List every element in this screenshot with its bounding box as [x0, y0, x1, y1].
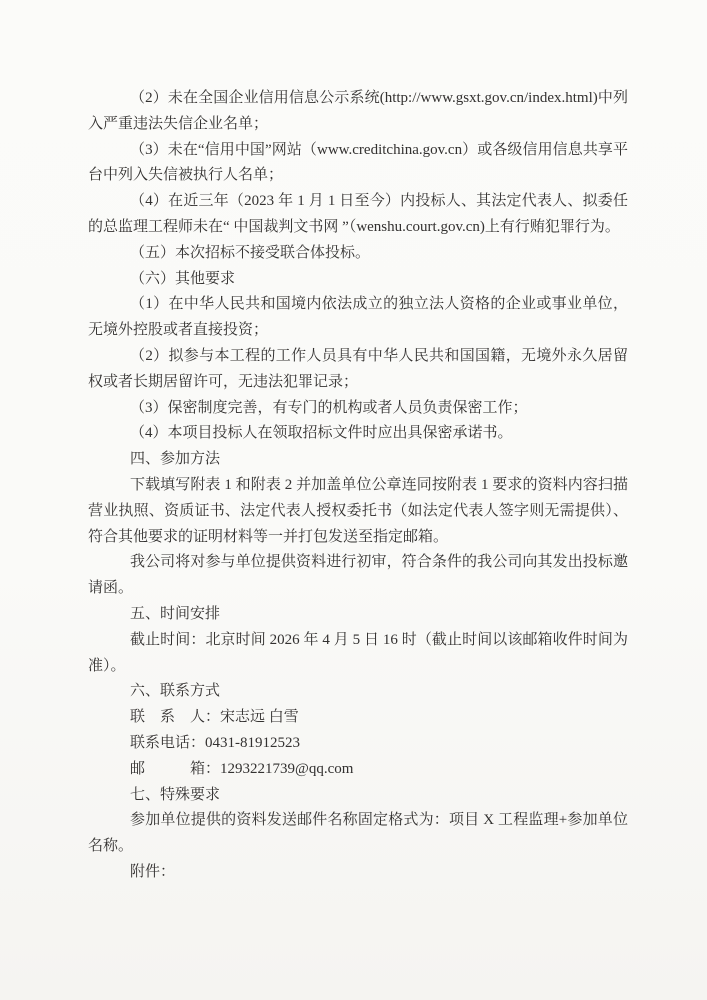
document-page: （2）未在全国企业信用信息公示系统(http://www.gsxt.gov.cn…: [0, 0, 707, 1000]
para-other-req-3-confidentiality-system: （3）保密制度完善，有专门的机构或者人员负责保密工作；: [88, 396, 628, 422]
para-contact-phone: 联系电话：0431-81912523: [88, 731, 628, 757]
heading-section7-special-requirements: 七、特殊要求: [88, 783, 628, 809]
para-participation-method-review: 我公司将对参与单位提供资料进行初审，符合条件的我公司向其发出投标邀请函。: [88, 550, 628, 602]
para-participation-method-materials: 下载填写附表 1 和附表 2 并加盖单位公章连同按附表 1 要求的资料内容扫描营…: [88, 473, 628, 550]
para-other-req-4-confidentiality-letter: （4）本项目投标人在领取招标文件时应出具保密承诺书。: [88, 421, 628, 447]
para-item3-creditchina-website: （3）未在“信用中国”网站（www.creditchina.gov.cn）或各级…: [88, 138, 628, 190]
para-other-req-1-legal-entity: （1）在中华人民共和国境内依法成立的独立法人资格的企业或事业单位，无境外控股或者…: [88, 292, 628, 344]
heading-section5-time-schedule: 五、时间安排: [88, 602, 628, 628]
heading-section6-contact-info: 六、联系方式: [88, 679, 628, 705]
para-deadline: 截止时间：北京时间 2026 年 4 月 5 日 16 时（截止时间以该邮箱收件…: [88, 628, 628, 680]
para-contact-email: 邮 箱：1293221739@qq.com: [88, 757, 628, 783]
para-item4-wenshu-court-record: （4）在近三年（2023 年 1 月 1 日至今）内投标人、其法定代表人、拟委任…: [88, 189, 628, 241]
document-body: （2）未在全国企业信用信息公示系统(http://www.gsxt.gov.cn…: [88, 86, 628, 886]
para-item2-gsxt-credit-system: （2）未在全国企业信用信息公示系统(http://www.gsxt.gov.cn…: [88, 86, 628, 138]
heading-section4-participation-method: 四、参加方法: [88, 447, 628, 473]
para-special-requirement-email-subject: 参加单位提供的资料发送邮件名称固定格式为：项目 X 工程监理+参加单位名称。: [88, 808, 628, 860]
para-item5-no-consortium-bids: （五）本次招标不接受联合体投标。: [88, 241, 628, 267]
para-other-req-2-nationality: （2）拟参与本工程的工作人员具有中华人民共和国国籍，无境外永久居留权或者长期居留…: [88, 344, 628, 396]
para-contact-person: 联 系 人：宋志远 白雪: [88, 705, 628, 731]
para-attachments-label: 附件：: [88, 860, 628, 886]
heading-item6-other-requirements: （六）其他要求: [88, 267, 628, 293]
